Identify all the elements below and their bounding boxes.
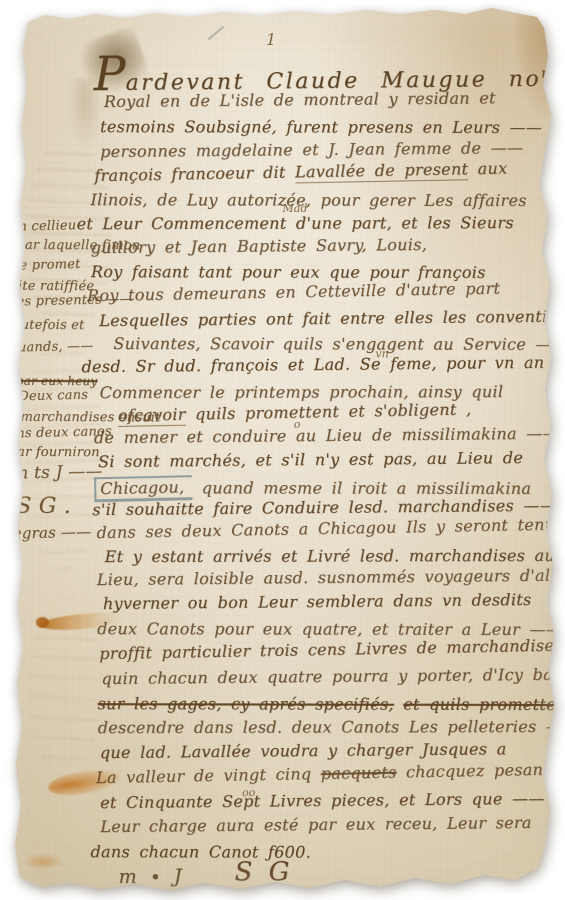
margin-note: R. Deux cans — [0, 388, 88, 405]
manuscript-line: et Leur Commencement d'une part, et les … — [77, 214, 514, 233]
manuscript-line: Lieu, sera loisible ausd. susnommés voya… — [97, 567, 565, 589]
manuscript-line: Royal en de L'isle de montreal y residan… — [104, 89, 496, 110]
margin-note: quar fourniron — [0, 445, 100, 460]
manuscript-text-block: Pardevant Claude Maugue noreRoyal en de … — [0, 0, 565, 900]
margin-note: en cellieu — [10, 218, 76, 235]
manuscript-line: m ∙ J — [119, 866, 184, 888]
interlinear-note: vn — [375, 347, 388, 360]
manuscript-line: guillory et Jean Baptiste Savry, Louis, — [91, 236, 427, 257]
margin-note: faite ratiffiée — [5, 279, 94, 294]
paper-shadow-wrap: 1 Pardevant Claude Maugue noreRoyal en d… — [0, 0, 565, 900]
interlinear-notes: Madvnooo — [0, 0, 562, 2]
margin-note: ces presentes —— — [9, 292, 133, 310]
interlinear-note: oo — [242, 786, 255, 799]
manuscript-line: La valleur de vingt cinq pacquets chacqu… — [96, 760, 565, 787]
margin-note: de marchandises ensuit — [0, 410, 161, 426]
manuscript-line: Roy tous demeurans en Cetteville d'autre… — [87, 280, 500, 305]
manuscript-line: dans ses deux Canots a Chicagou Ils y se… — [96, 515, 565, 541]
manuscript-line: sur les gages, cy aprés specifiés, et qu… — [98, 695, 565, 713]
manuscript-line: Lesquelles parties ont fait entre elles … — [99, 308, 565, 330]
pencil-box: Chicagou, — [94, 475, 193, 502]
manuscript-scan: 1 Pardevant Claude Maugue noreRoyal en d… — [0, 0, 565, 900]
manuscript-line: que lad. Lavallée voudra y charger Jusqu… — [100, 740, 507, 761]
interlinear-note: Mad — [282, 202, 307, 215]
margin-note: Legras —— — [2, 523, 91, 543]
manuscript-line: Roy faisant tant pour eux que pour franç… — [91, 263, 486, 281]
manuscript-line: Leur charge aura esté par eux receu, Leu… — [100, 814, 532, 836]
manuscript-line: Si sont marchés, et s'il n'y est pas, au… — [98, 449, 523, 471]
margin-note: elle promet — [3, 257, 81, 274]
manuscript-line: quin chacun deux quatre pourra y porter,… — [101, 665, 565, 687]
manuscript-line: S G — [235, 858, 292, 887]
manuscript-line: Et y estant arrivés et Livré lesd. march… — [105, 547, 565, 566]
manuscript-line: proffit particulier trois cens Livres de… — [99, 637, 563, 663]
manuscript-line: desd. Sr dud. françois et Lad. Se feme, … — [81, 353, 565, 376]
manuscript-line: françois francoeur dit Lavallée de prese… — [94, 160, 507, 185]
manuscript-line: Commencer le printemps prochain, ainsy q… — [100, 383, 504, 402]
manuscript-line: deux Canots pour eux quatre, et traiter … — [97, 620, 562, 638]
margin-notes: en cellieuet par laquelle fimonelle prom… — [0, 0, 562, 2]
manuscript-lines: Pardevant Claude Maugue noreRoyal en de … — [0, 0, 562, 2]
manuscript-line: et Cinquante Sept Livres pieces, et Lors… — [100, 790, 545, 812]
margin-note: toutefois et — [7, 318, 84, 333]
manuscript-paper: 1 Pardevant Claude Maugue noreRoyal en d… — [0, 0, 565, 900]
interlinear-note: o — [294, 418, 301, 431]
manuscript-line: personnes magdelaine et J. Jean femme de… — [100, 139, 523, 161]
margin-note: S G . — [16, 494, 71, 519]
margin-note: m ts J —— — [12, 462, 103, 484]
manuscript-line: de mener et conduire au Lieu de missilim… — [94, 425, 559, 447]
margin-note: quands, —— — [9, 339, 93, 356]
margin-note: dans deux canos — [0, 424, 112, 442]
manuscript-line: hyverner ou bon Leur semblera dans vn de… — [103, 591, 532, 613]
manuscript-line: Ilinois, de Luy autorizée, pour gerer Le… — [90, 191, 526, 209]
manuscript-line: tesmoins Soubsigné, furent presens en Le… — [100, 118, 542, 136]
manuscript-line: descendre dans lesd. deux Canots Les pel… — [98, 718, 565, 737]
manuscript-line: Suivantes, Scavoir quils s'engagent au S… — [113, 335, 565, 353]
margin-note: et par eux heuy — [0, 374, 97, 388]
margin-note: et par laquelle fimon — [0, 238, 140, 254]
